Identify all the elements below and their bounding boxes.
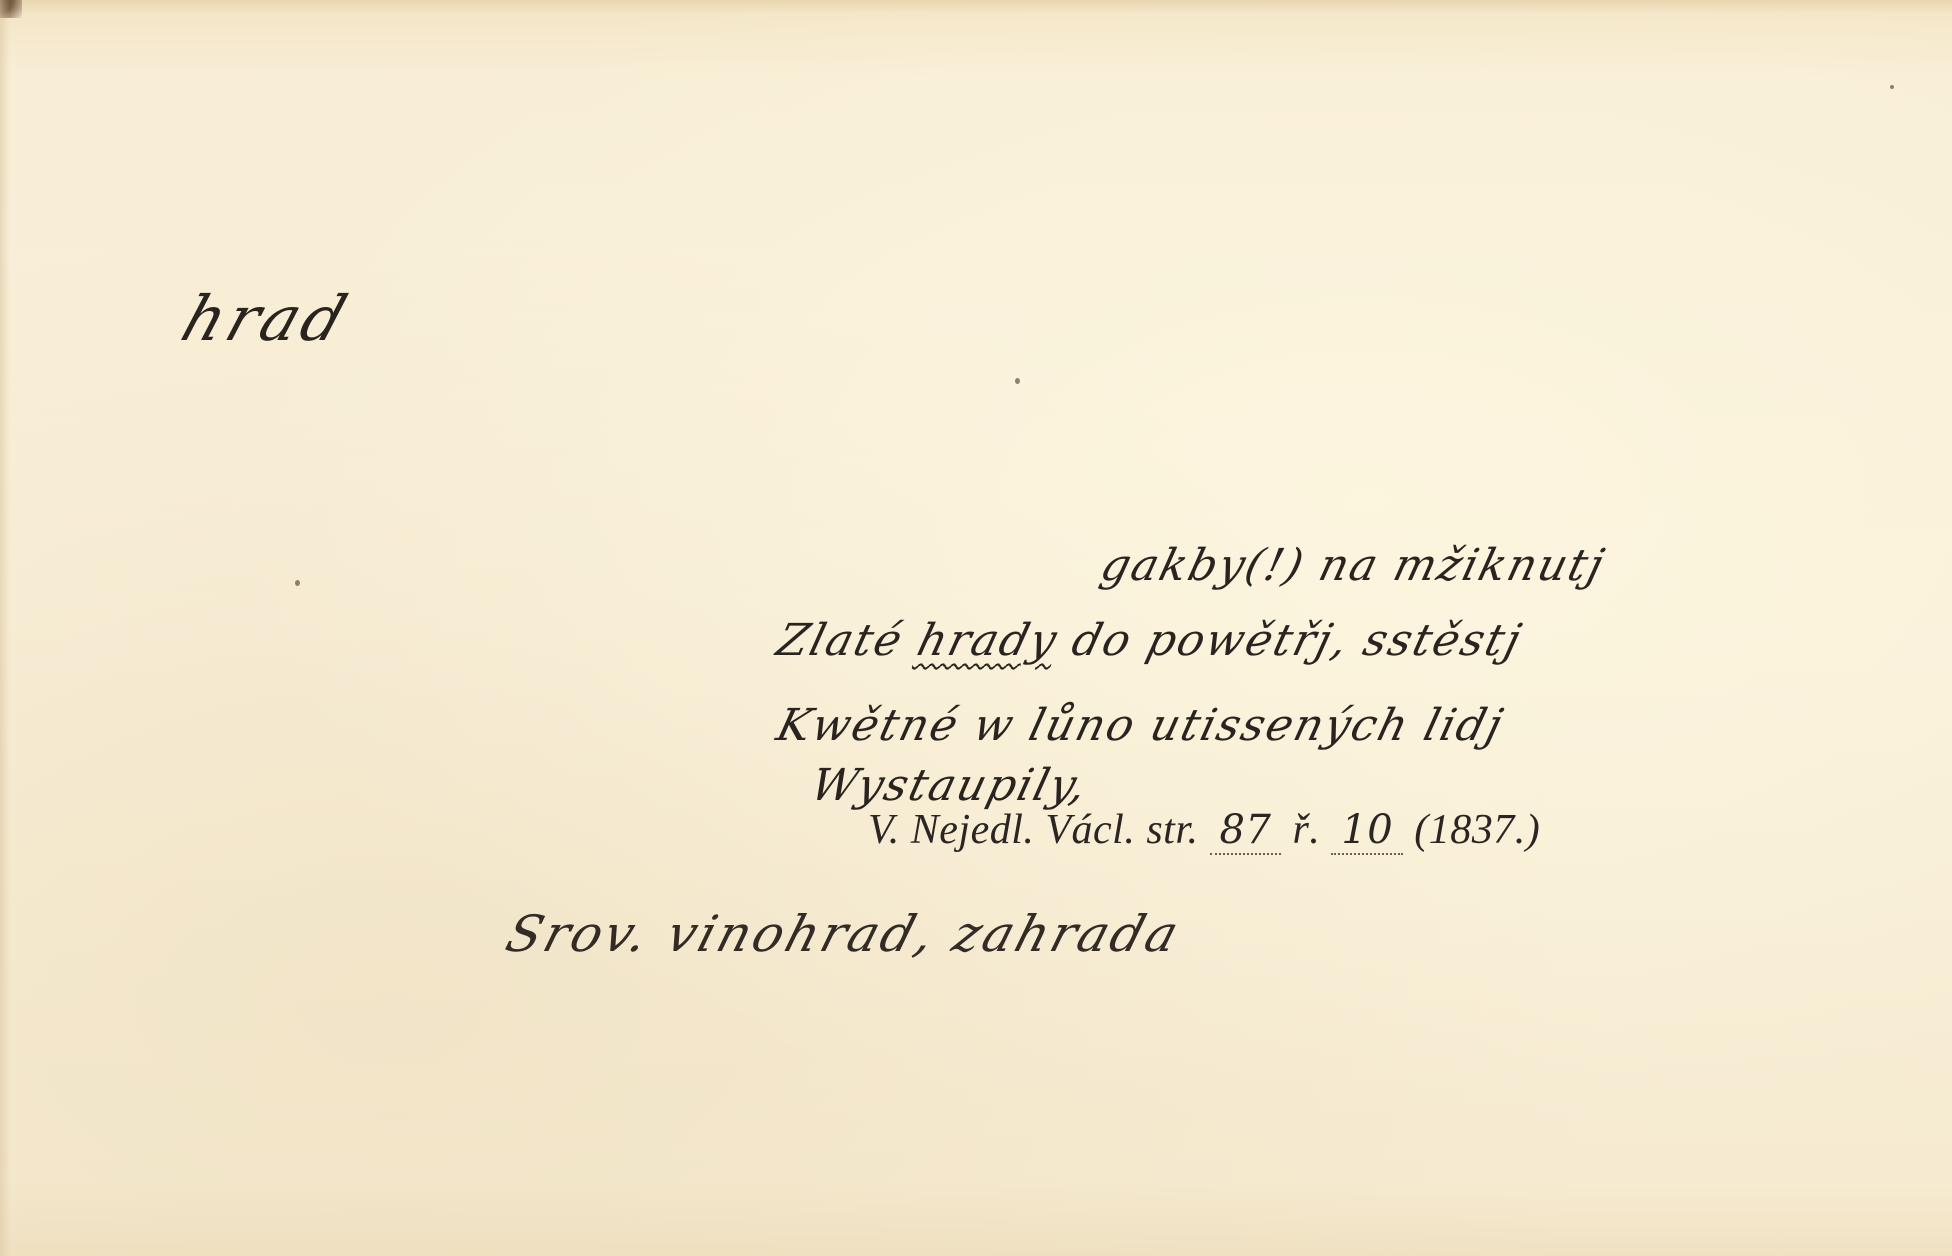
index-card: hrad gakby(!) na mžiknutj Zlaté hrady do… <box>0 0 1952 1256</box>
citation-verse-label: ř. <box>1292 807 1320 853</box>
card-left-edge <box>0 0 10 1256</box>
quote-line-3: Wystaupily, <box>806 760 1094 811</box>
cross-reference: Srov. vinohrad, zahrada <box>500 905 1188 963</box>
card-top-edge <box>0 0 1952 14</box>
citation-year: (1837.) <box>1414 807 1540 853</box>
quote-line-insert: gakby(!) na mžiknutj <box>1096 540 1611 591</box>
paper-speck <box>1015 378 1020 384</box>
quote-line-1-suffix: do powětřj, sstěstj <box>1051 615 1528 666</box>
quote-line-1: Zlaté hrady do powětřj, sstěstj <box>772 615 1528 666</box>
paper-speck <box>295 580 300 586</box>
quote-line-1-prefix: Zlaté <box>772 615 925 666</box>
quote-line-2: Kwětné w lůno utissených lidj <box>772 700 1510 751</box>
paper-speck <box>1890 85 1894 89</box>
citation-source: V. Nejedl. Václ. str. <box>868 807 1199 853</box>
citation-page: 87 <box>1210 807 1282 855</box>
source-citation: V. Nejedl. Václ. str. 87 ř. 10 (1837.) <box>868 806 1540 855</box>
headword: hrad <box>173 282 359 355</box>
highlighted-headword-form: hrady <box>912 615 1063 666</box>
citation-verse: 10 <box>1331 807 1403 855</box>
